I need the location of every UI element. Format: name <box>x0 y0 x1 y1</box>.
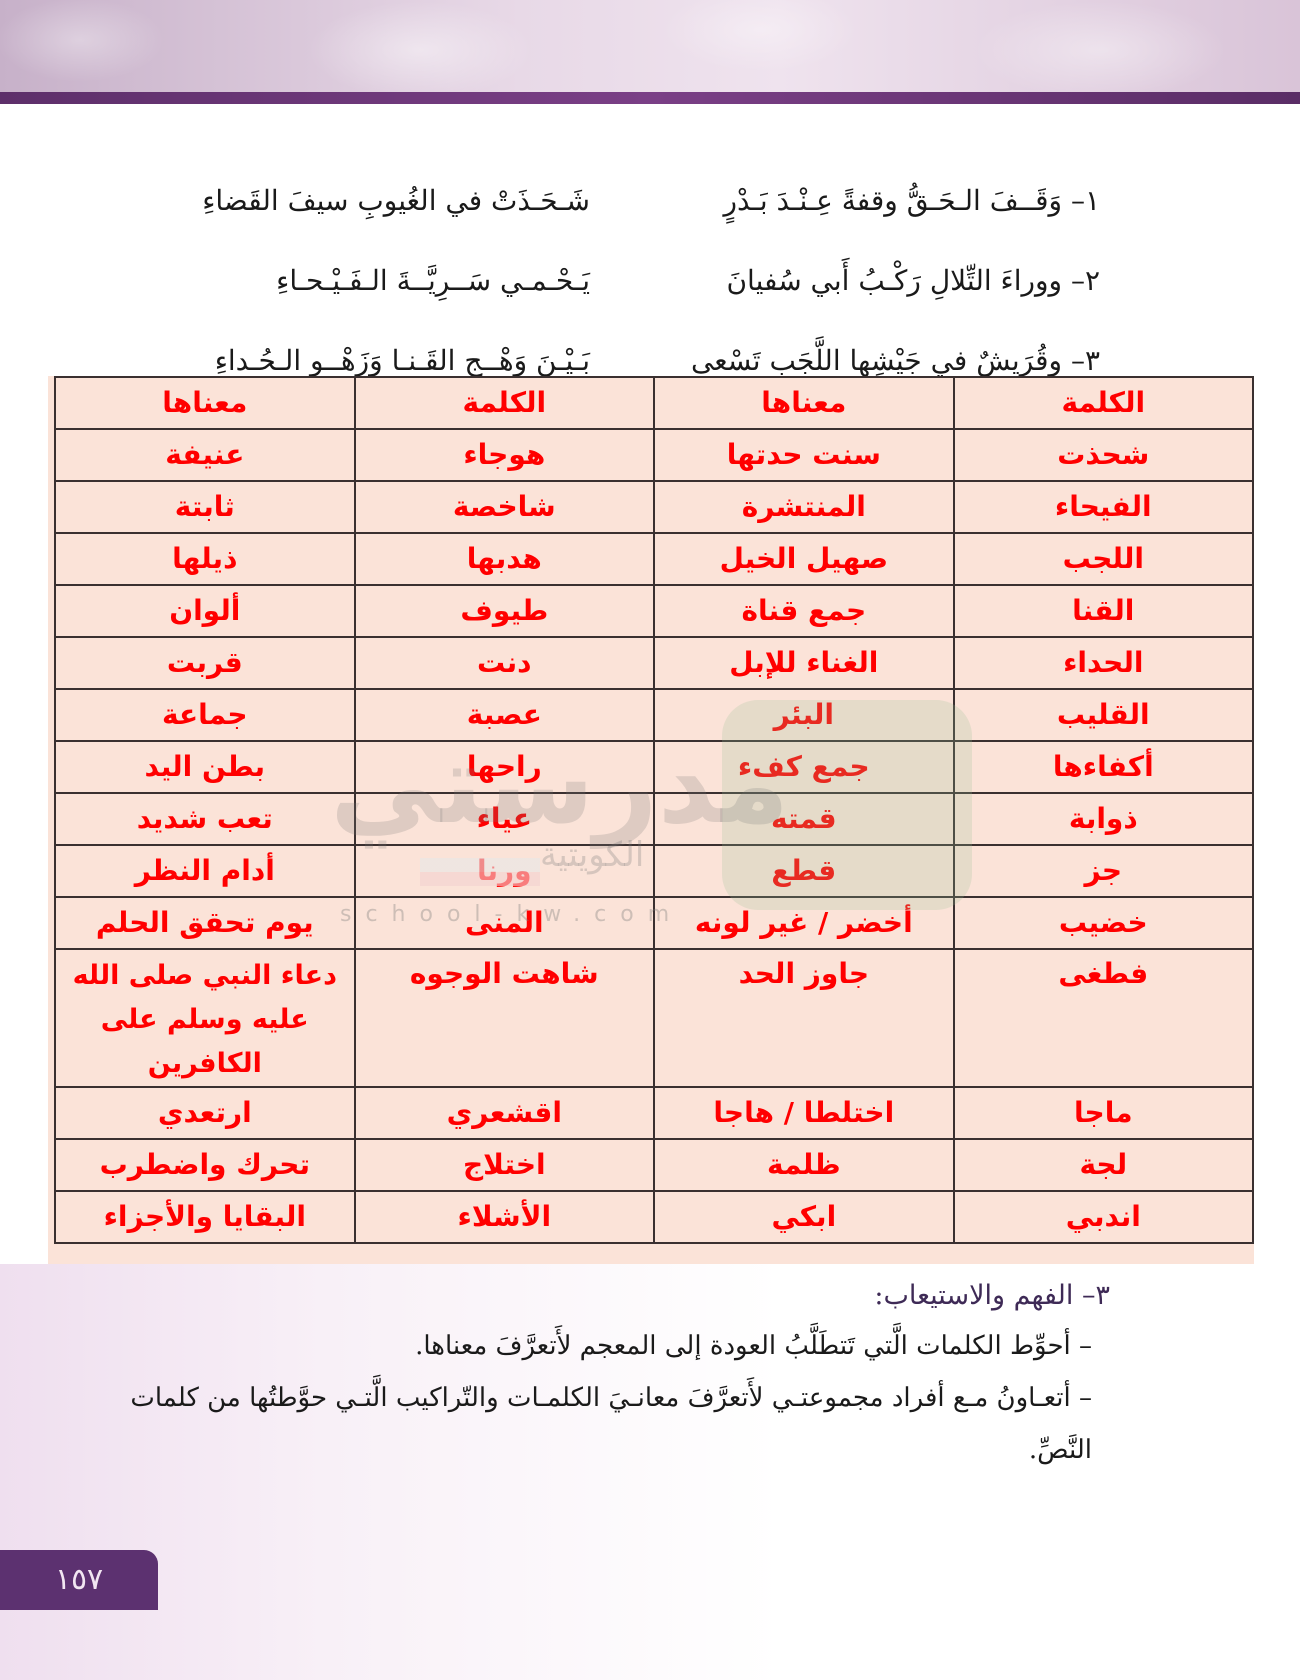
meaning-cell: الغناء للإبل <box>654 637 954 689</box>
vocabulary-table-panel: الكلمة معناها الكلمة معناها شحذت سنت حدت… <box>48 376 1254 1264</box>
table-row: لجة ظلمة اختلاج تحرك واضطرب <box>55 1139 1253 1191</box>
word-cell: دنت <box>355 637 654 689</box>
verse-second-hemistich: بَـيْـنَ وَهْــجِ القَـنـا وَزَهْــوِ ال… <box>130 344 590 377</box>
word-cell: القنا <box>954 585 1253 637</box>
word-cell: الأشلاء <box>355 1191 654 1243</box>
verse-1: ١– وَقَــفَ الـحَـقُّ وقفةً عِـنْـدَ بَـ… <box>130 160 1100 240</box>
word-cell: شاخصة <box>355 481 654 533</box>
table-row: خضيب أخضر / غير لونه المنى يوم تحقق الحل… <box>55 897 1253 949</box>
verse-text: وقُرَيشٌ في جَيْشِها اللَّجَبِ تَسْعى <box>691 344 1062 377</box>
word-cell: ذوابة <box>954 793 1253 845</box>
table-row: القليب البئر عصبة جماعة <box>55 689 1253 741</box>
meaning-cell: تعب شديد <box>55 793 355 845</box>
word-cell: طيوف <box>355 585 654 637</box>
word-cell: شحذت <box>954 429 1253 481</box>
verse-number: ٣– <box>1071 344 1100 377</box>
meaning-cell: أخضر / غير لونه <box>654 897 954 949</box>
verse-text: وَقَــفَ الـحَـقُّ وقفةً عِـنْـدَ بَـدْر… <box>723 184 1062 217</box>
word-cell: اندبي <box>954 1191 1253 1243</box>
word-cell: خضيب <box>954 897 1253 949</box>
word-cell: راحها <box>355 741 654 793</box>
meaning-cell: البقايا والأجزاء <box>55 1191 355 1243</box>
meaning-cell: جمع كفء <box>654 741 954 793</box>
header-stripe <box>0 92 1300 104</box>
word-cell: جز <box>954 845 1253 897</box>
table-row: أكفاءها جمع كفء راحها بطن اليد <box>55 741 1253 793</box>
verse-second-hemistich: يَـحْـمـي سَــرِيَّــةَ الـفَـيْـحـاءِ <box>130 264 590 297</box>
verse-number: ١– <box>1071 184 1100 217</box>
meaning-cell: يوم تحقق الحلم <box>55 897 355 949</box>
instruction-item: – أتعـاونُ مـع أفراد مجموعتـي لأَتعرَّفَ… <box>100 1372 1110 1476</box>
word-cell: المنى <box>355 897 654 949</box>
word-cell: اقشعري <box>355 1087 654 1139</box>
word-cell: هدبها <box>355 533 654 585</box>
meaning-cell: ارتعدي <box>55 1087 355 1139</box>
verse-first-hemistich: ١– وَقَــفَ الـحَـقُّ وقفةً عِـنْـدَ بَـ… <box>630 184 1100 217</box>
meaning-cell: المنتشرة <box>654 481 954 533</box>
table-row: فطغى جاوز الحد شاهت الوجوه دعاء النبي صل… <box>55 949 1253 1087</box>
word-cell: هوجاء <box>355 429 654 481</box>
meaning-cell: عنيفة <box>55 429 355 481</box>
meaning-cell: ظلمة <box>654 1139 954 1191</box>
header-meaning: معناها <box>654 377 954 429</box>
verse-number: ٢– <box>1071 264 1100 297</box>
meaning-cell: تحرك واضطرب <box>55 1139 355 1191</box>
meaning-cell: أدام النظر <box>55 845 355 897</box>
meaning-cell: ابكي <box>654 1191 954 1243</box>
word-cell: عصبة <box>355 689 654 741</box>
section-title: ٣– الفهم والاستيعاب: <box>100 1272 1110 1320</box>
meaning-cell: اختلطا / هاجا <box>654 1087 954 1139</box>
word-cell: لجة <box>954 1139 1253 1191</box>
meaning-cell: ألوان <box>55 585 355 637</box>
meaning-cell: قربت <box>55 637 355 689</box>
comprehension-section: ٣– الفهم والاستيعاب: – أحوِّط الكلمات ال… <box>100 1272 1110 1476</box>
table-row: الحداء الغناء للإبل دنت قربت <box>55 637 1253 689</box>
meaning-cell: قطع <box>654 845 954 897</box>
meaning-cell: دعاء النبي صلى الله عليه وسلم على الكافر… <box>55 949 355 1087</box>
vocabulary-table: الكلمة معناها الكلمة معناها شحذت سنت حدت… <box>54 376 1254 1244</box>
page-number: ١٥٧ <box>0 1550 158 1610</box>
table-row: القنا جمع قناة طيوف ألوان <box>55 585 1253 637</box>
word-cell: ورنا <box>355 845 654 897</box>
meaning-cell: البئر <box>654 689 954 741</box>
meaning-cell: قمته <box>654 793 954 845</box>
word-cell: اختلاج <box>355 1139 654 1191</box>
header-word: الكلمة <box>355 377 654 429</box>
meaning-cell: ذيلها <box>55 533 355 585</box>
poem-verses: ١– وَقَــفَ الـحَـقُّ وقفةً عِـنْـدَ بَـ… <box>130 160 1100 400</box>
word-cell: اللجب <box>954 533 1253 585</box>
word-cell: فطغى <box>954 949 1253 1087</box>
meaning-cell: جماعة <box>55 689 355 741</box>
word-cell: شاهت الوجوه <box>355 949 654 1087</box>
verse-first-hemistich: ٢– ووراءَ التِّلالِ رَكْـبُ أَبي سُفيانَ <box>630 264 1100 297</box>
header-word: الكلمة <box>954 377 1253 429</box>
word-cell: ماجا <box>954 1087 1253 1139</box>
word-cell: القليب <box>954 689 1253 741</box>
instruction-item: – أحوِّط الكلمات الَّتي تَتطَلَّبُ العود… <box>100 1320 1110 1372</box>
verse-2: ٢– ووراءَ التِّلالِ رَكْـبُ أَبي سُفيانَ… <box>130 240 1100 320</box>
meaning-cell: ثابتة <box>55 481 355 533</box>
page-header-decoration <box>0 0 1300 104</box>
word-cell: أكفاءها <box>954 741 1253 793</box>
verse-first-hemistich: ٣– وقُرَيشٌ في جَيْشِها اللَّجَبِ تَسْعى <box>630 344 1100 377</box>
table-row: اندبي ابكي الأشلاء البقايا والأجزاء <box>55 1191 1253 1243</box>
verse-text: ووراءَ التِّلالِ رَكْـبُ أَبي سُفيانَ <box>726 264 1062 297</box>
word-cell: الفيحاء <box>954 481 1253 533</box>
table-row: شحذت سنت حدتها هوجاء عنيفة <box>55 429 1253 481</box>
table-header-row: الكلمة معناها الكلمة معناها <box>55 377 1253 429</box>
meaning-cell: جاوز الحد <box>654 949 954 1087</box>
meaning-cell: صهيل الخيل <box>654 533 954 585</box>
table-row: اللجب صهيل الخيل هدبها ذيلها <box>55 533 1253 585</box>
header-meaning: معناها <box>55 377 355 429</box>
word-cell: الحداء <box>954 637 1253 689</box>
meaning-cell: جمع قناة <box>654 585 954 637</box>
table-row: جز قطع ورنا أدام النظر <box>55 845 1253 897</box>
meaning-cell: بطن اليد <box>55 741 355 793</box>
table-row: الفيحاء المنتشرة شاخصة ثابتة <box>55 481 1253 533</box>
table-row: ماجا اختلطا / هاجا اقشعري ارتعدي <box>55 1087 1253 1139</box>
meaning-cell: سنت حدتها <box>654 429 954 481</box>
verse-second-hemistich: شَـحَـذَتْ في الغُيوبِ سيفَ القَضاءِ <box>130 184 590 217</box>
table-row: ذوابة قمته عياء تعب شديد <box>55 793 1253 845</box>
word-cell: عياء <box>355 793 654 845</box>
